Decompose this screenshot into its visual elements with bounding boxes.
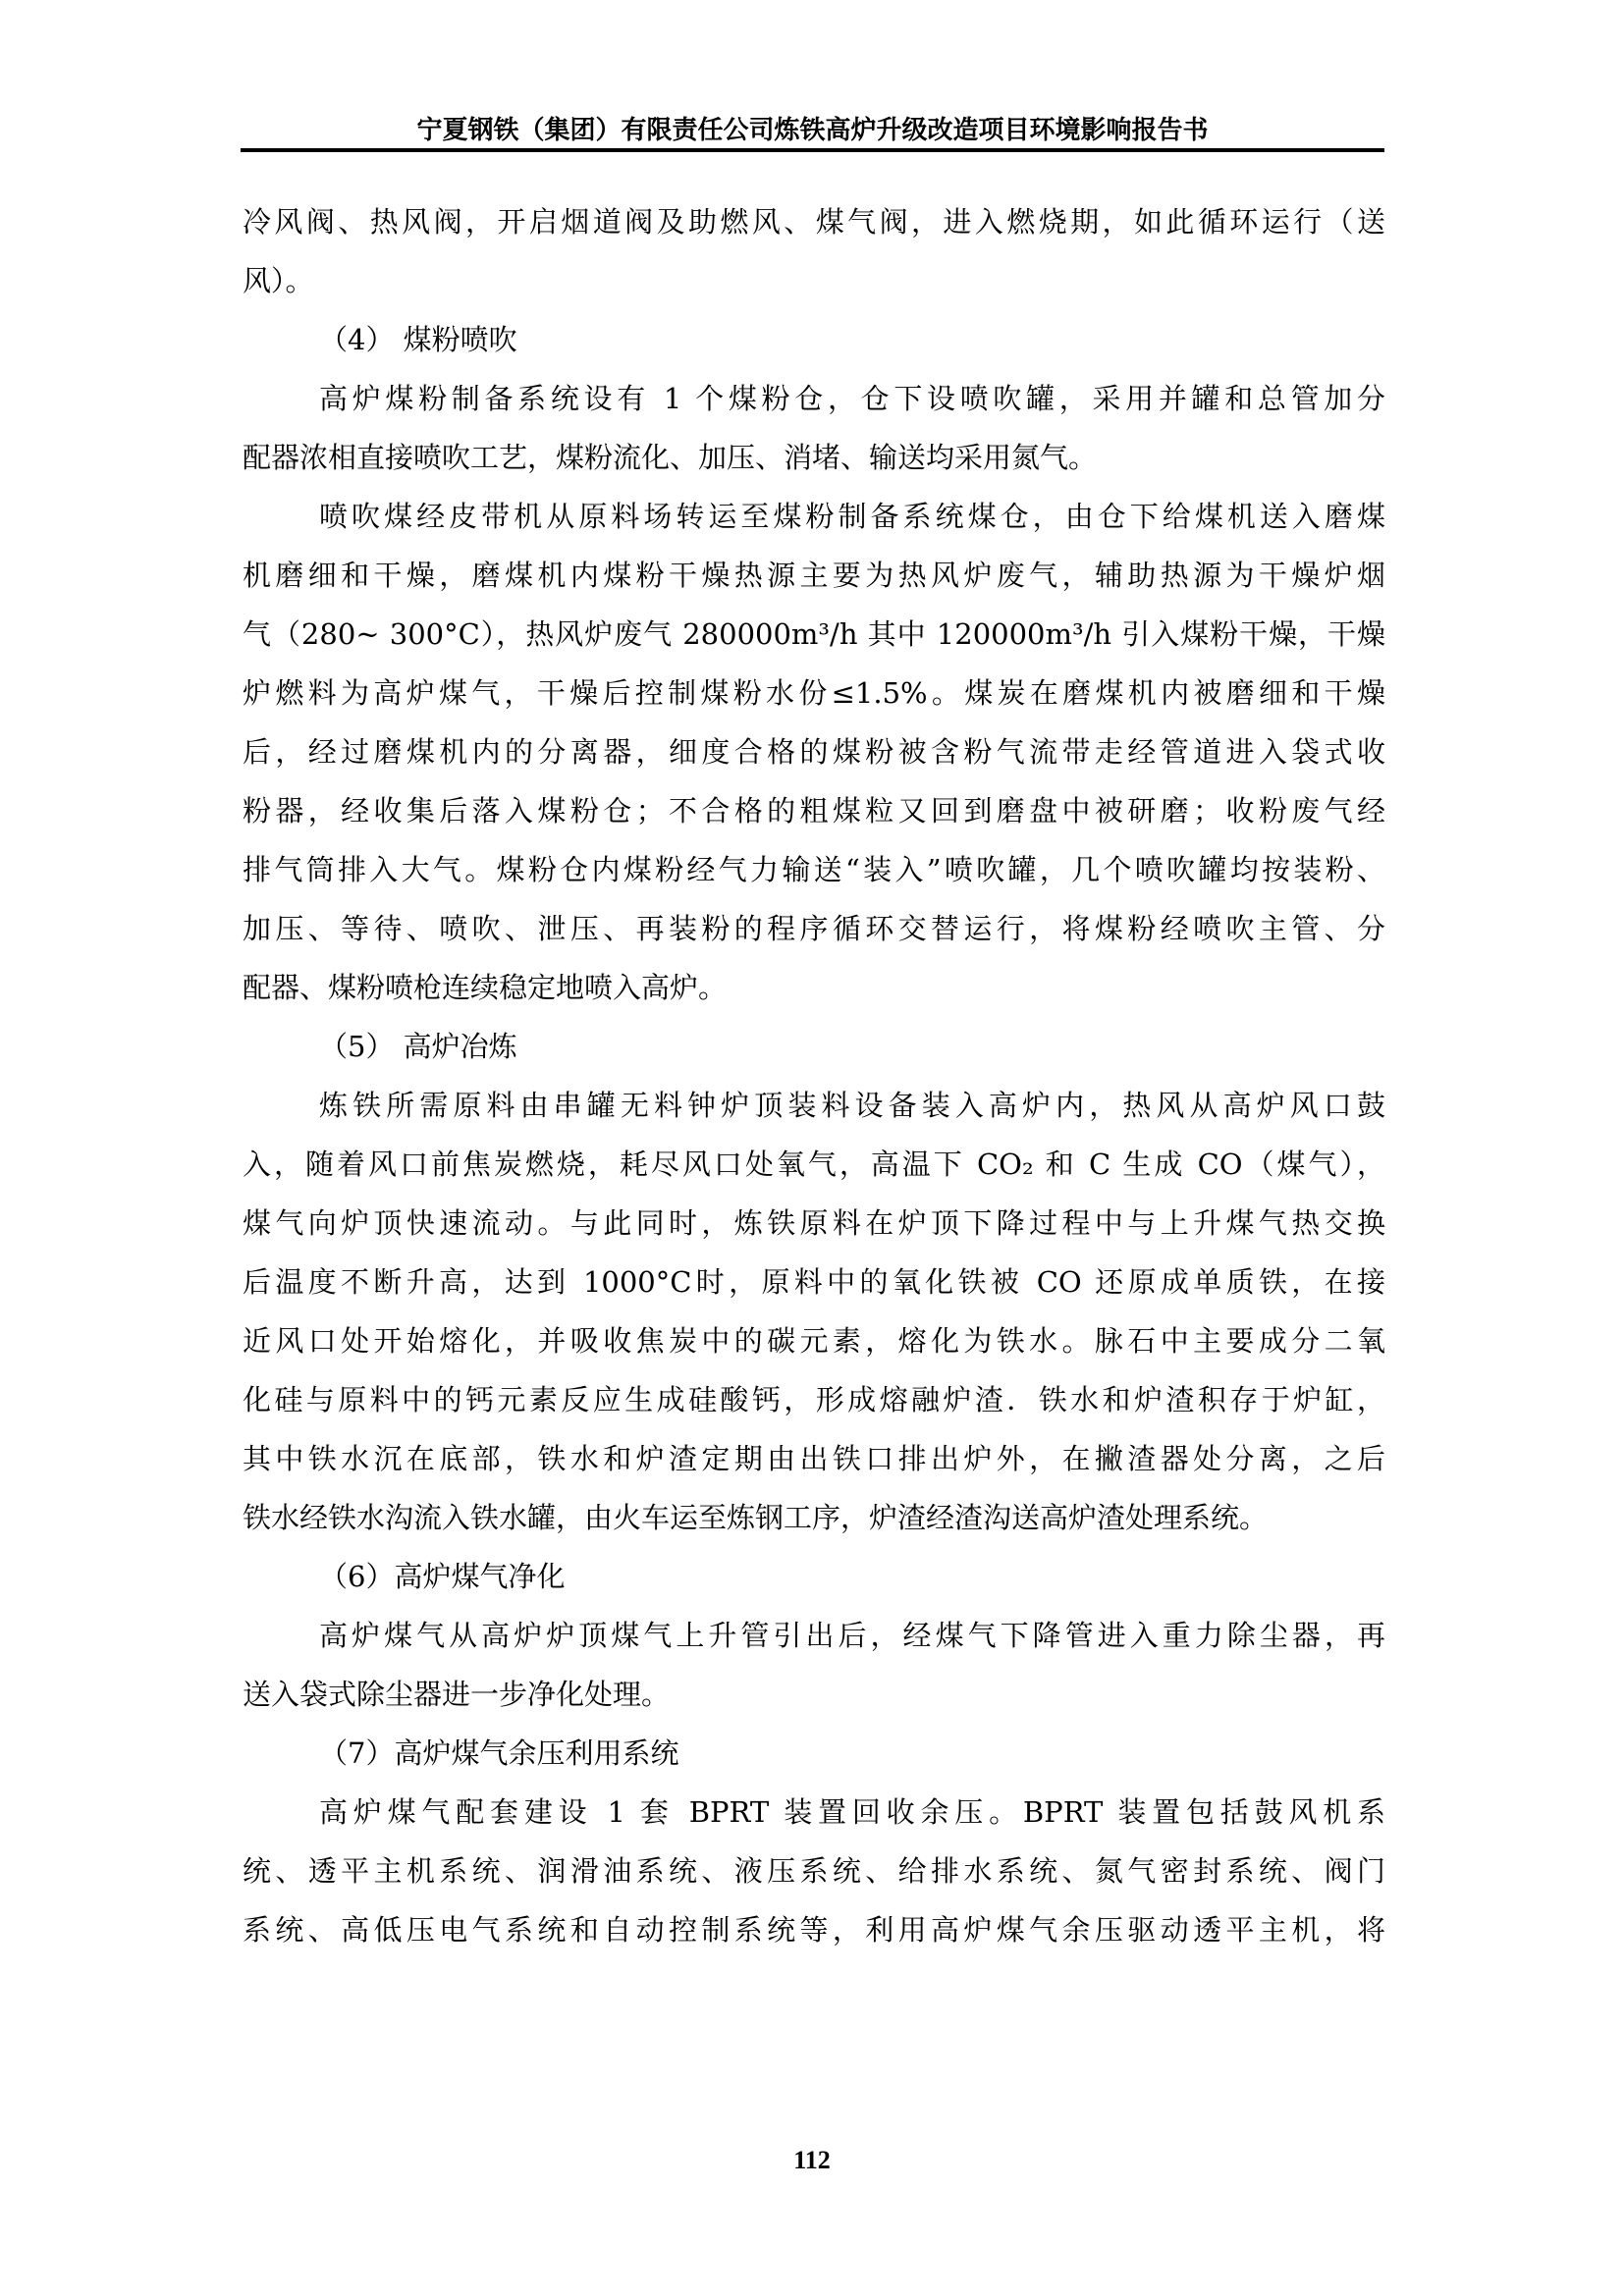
paragraph-line: 高炉煤粉制备系统设有 1 个煤粉仓，仓下设喷吹罐，采用并罐和总管加分 bbox=[243, 369, 1385, 428]
paragraph-line: 铁水经铁水沟流入铁水罐，由火车运至炼钢工序，炉渣经渣沟送高炉渣处理系统。 bbox=[243, 1488, 1385, 1547]
paragraph-line: 化硅与原料中的钙元素反应生成硅酸钙，形成熔融炉渣．铁水和炉渣积存于炉缸， bbox=[243, 1370, 1385, 1429]
paragraph-line: 送入袋式除尘器进一步净化处理。 bbox=[243, 1665, 1385, 1724]
paragraph-line: 统、透平主机系统、润滑油系统、液压系统、给排水系统、氮气密封系统、阀门 bbox=[243, 1842, 1385, 1900]
header-divider bbox=[241, 148, 1384, 152]
paragraph-line: 排气筒排入大气。煤粉仓内煤粉经气力输送“装入”喷吹罐，几个喷吹罐均按装粉、 bbox=[243, 840, 1385, 899]
document-body: 冷风阀、热风阀，开启烟道阀及助燃风、煤气阀，进入燃烧期，如此循环运行（送风）。（… bbox=[243, 192, 1385, 1959]
section-heading: （4） 煤粉喷吹 bbox=[243, 310, 1385, 369]
document-header-title: 宁夏钢铁（集团）有限责任公司炼铁高炉升级改造项目环境影响报告书 bbox=[241, 110, 1384, 146]
section-heading: （6）高炉煤气净化 bbox=[243, 1547, 1385, 1606]
paragraph-line: 后温度不断升高，达到 1000°C时，原料中的氧化铁被 CO 还原成单质铁，在接 bbox=[243, 1253, 1385, 1311]
paragraph-line: 粉器，经收集后落入煤粉仓；不合格的粗煤粒又回到磨盘中被研磨；收粉废气经 bbox=[243, 781, 1385, 840]
paragraph-line: 近风口处开始熔化，并吸收焦炭中的碳元素，熔化为铁水。脉石中主要成分二氧 bbox=[243, 1311, 1385, 1370]
paragraph-line: 冷风阀、热风阀，开启烟道阀及助燃风、煤气阀，进入燃烧期，如此循环运行（送 bbox=[243, 192, 1385, 251]
paragraph-line: 入，随着风口前焦炭燃烧，耗尽风口处氧气，高温下 CO₂ 和 C 生成 CO（煤气… bbox=[243, 1135, 1385, 1194]
paragraph-line: 炼铁所需原料由串罐无料钟炉顶装料设备装入高炉内，热风从高炉风口鼓 bbox=[243, 1076, 1385, 1135]
paragraph-line: 喷吹煤经皮带机从原料场转运至煤粉制备系统煤仓，由仓下给煤机送入磨煤 bbox=[243, 487, 1385, 546]
paragraph-line: 气（280~ 300°C），热风炉废气 280000m³/h 其中 120000… bbox=[243, 605, 1385, 664]
paragraph-line: 炉燃料为高炉煤气，干燥后控制煤粉水份≤1.5%。煤炭在磨煤机内被磨细和干燥 bbox=[243, 664, 1385, 722]
section-heading: （5） 高炉冶炼 bbox=[243, 1017, 1385, 1076]
paragraph-line: 风）。 bbox=[243, 251, 1385, 310]
paragraph-line: 配器浓相直接喷吹工艺，煤粉流化、加压、消堵、输送均采用氮气。 bbox=[243, 428, 1385, 487]
page-number: 112 bbox=[0, 2146, 1624, 2175]
paragraph-line: 加压、等待、喷吹、泄压、再装粉的程序循环交替运行，将煤粉经喷吹主管、分 bbox=[243, 899, 1385, 958]
paragraph-line: 后，经过磨煤机内的分离器，细度合格的煤粉被含粉气流带走经管道进入袋式收 bbox=[243, 722, 1385, 781]
paragraph-line: 高炉煤气从高炉炉顶煤气上升管引出后，经煤气下降管进入重力除尘器，再 bbox=[243, 1606, 1385, 1665]
paragraph-line: 系统、高低压电气系统和自动控制系统等，利用高炉煤气余压驱动透平主机，将 bbox=[243, 1900, 1385, 1959]
paragraph-line: 煤气向炉顶快速流动。与此同时，炼铁原料在炉顶下降过程中与上升煤气热交换 bbox=[243, 1194, 1385, 1253]
paragraph-line: 机磨细和干燥，磨煤机内煤粉干燥热源主要为热风炉废气，辅助热源为干燥炉烟 bbox=[243, 546, 1385, 605]
section-heading: （7）高炉煤气余压利用系统 bbox=[243, 1724, 1385, 1783]
paragraph-line: 其中铁水沉在底部，铁水和炉渣定期由出铁口排出炉外，在撇渣器处分离，之后 bbox=[243, 1429, 1385, 1488]
paragraph-line: 配器、煤粉喷枪连续稳定地喷入高炉。 bbox=[243, 958, 1385, 1017]
paragraph-line: 高炉煤气配套建设 1 套 BPRT 装置回收余压。BPRT 装置包括鼓风机系 bbox=[243, 1783, 1385, 1842]
